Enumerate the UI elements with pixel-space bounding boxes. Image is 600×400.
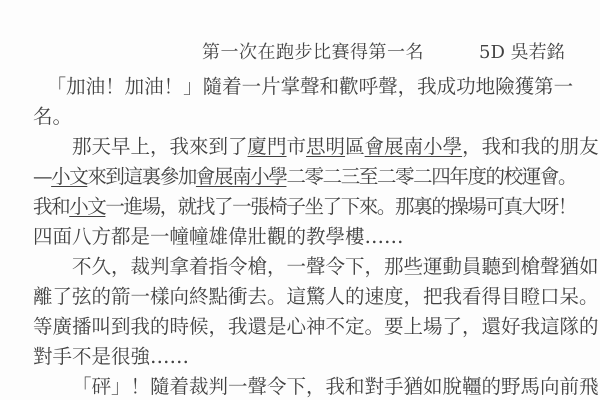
text-segment: ，我和我的朋友: [462, 135, 599, 158]
text-segment: 「加油！加油！」隨着一片掌聲和歡呼聲，我成功地險獲第一: [47, 75, 574, 98]
document-title: 第一次在跑步比賽得第一名: [202, 38, 424, 64]
proper-noun-underlined: 小文: [51, 165, 87, 188]
proper-noun-underlined: 廈門: [248, 135, 287, 158]
text-line: 那天早上，我來到了廈門市思明區會展南小學，我和我的朋友: [33, 132, 595, 162]
text-line: 離了弦的箭一樣向終點衝去。這驚人的速度，把我看得目瞪口呆。: [33, 282, 595, 312]
proper-noun-underlined: 會展南小學: [196, 165, 287, 188]
proper-noun-underlined: 思明: [306, 135, 345, 158]
document-page: 第一次在跑步比賽得第一名 5D 吳若銘 「加油！加油！」隨着一片掌聲和歡呼聲，我…: [0, 0, 600, 400]
text-segment: 二零二三至二零二四年度的校運會。: [286, 165, 576, 188]
proper-noun-underlined: 會展南小學: [365, 135, 463, 158]
text-segment: 「砰」！隨着裁判一聲令下，我和對手猶如脫韁的野馬向前飛: [72, 375, 599, 398]
text-segment: 對手不是很強……: [33, 345, 189, 368]
text-line: 四面八方都是一幢幢雄偉壯觀的教學樓……: [33, 222, 595, 252]
text-line: 等廣播叫到我的時候，我還是心神不定。要上場了，還好我這隊的: [33, 312, 595, 342]
text-segment: 不久，裁判拿着指令槍，一聲令下，那些運動員聽到槍聲猶如: [72, 255, 599, 278]
text-line: 「砰」！隨着裁判一聲令下，我和對手猶如脫韁的野馬向前飛: [33, 372, 595, 400]
text-segment: 離了弦的箭一樣向終點衝去。這驚人的速度，把我看得目瞪口呆。: [33, 285, 599, 308]
author-name: 5D 吳若銘: [479, 38, 565, 64]
text-line: 「加油！加油！」隨着一片掌聲和歡呼聲，我成功地險獲第一: [33, 72, 595, 102]
text-segment: 我和: [33, 195, 69, 218]
text-segment: 來到這裏參加: [87, 165, 196, 188]
text-segment: 名。: [33, 105, 72, 128]
text-segment: 一進場，就找了一張椅子坐了下來。那裏的操場可真大呀！: [105, 195, 576, 218]
proper-noun-underlined: 小文: [69, 195, 105, 218]
text-line: 對手不是很強……: [33, 342, 595, 372]
text-line: —小文來到這裏參加會展南小學二零二三至二零二四年度的校運會。: [33, 162, 595, 192]
document-header: 第一次在跑步比賽得第一名 5D 吳若銘: [0, 38, 600, 64]
text-segment: —: [33, 165, 51, 188]
text-segment: 市: [287, 135, 307, 158]
text-segment: 等廣播叫到我的時候，我還是心神不定。要上場了，還好我這隊的: [33, 315, 599, 338]
text-segment: 區: [345, 135, 365, 158]
text-line: 我和小文一進場，就找了一張椅子坐了下來。那裏的操場可真大呀！: [33, 192, 595, 222]
text-segment: 四面八方都是一幢幢雄偉壯觀的教學樓……: [33, 225, 404, 248]
document-body: 「加油！加油！」隨着一片掌聲和歡呼聲，我成功地險獲第一名。那天早上，我來到了廈門…: [33, 72, 595, 400]
text-line: 不久，裁判拿着指令槍，一聲令下，那些運動員聽到槍聲猶如: [33, 252, 595, 282]
text-segment: 那天早上，我來到了: [72, 135, 248, 158]
text-line: 名。: [33, 102, 595, 132]
